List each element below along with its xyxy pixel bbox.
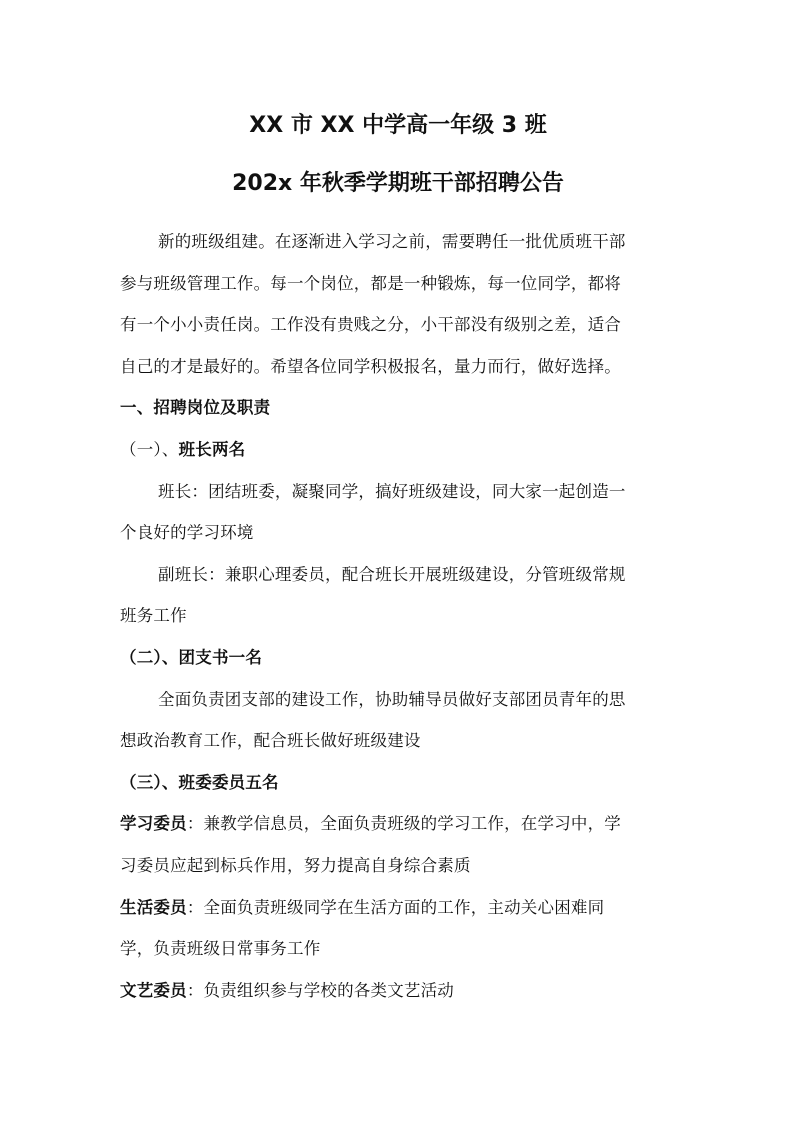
role-label: 副班长： xyxy=(158,565,225,584)
arts-committee-duty: 文艺委员：负责组织参与学校的各类文艺活动 xyxy=(120,976,676,1018)
subsection-title: 班长两名 xyxy=(179,440,246,459)
intro-paragraph-line: 自己的才是最好的。希望各位同学积极报名，量力而行，做好选择。 xyxy=(120,352,676,394)
monitor-duty: 班长：团结班委，凝聚同学，搞好班级建设，同大家一起创造一 xyxy=(120,477,676,519)
study-committee-duty: 学习委员：兼教学信息员，全面负责班级的学习工作，在学习中，学 xyxy=(120,809,676,851)
vice-monitor-duty-cont: 班务工作 xyxy=(120,601,676,643)
intro-paragraph-line: 有一个小小责任岗。工作没有贵贱之分，小干部没有级别之差，适合 xyxy=(120,310,676,352)
role-text: 团结班委，凝聚同学，搞好班级建设，同大家一起创造一 xyxy=(208,482,626,501)
study-committee-duty-cont: 习委员应起到标兵作用，努力提高自身综合素质 xyxy=(120,851,676,893)
document-title-line-1: XX 市 XX 中学高一年级 3 班 xyxy=(120,111,676,141)
document-body: 新的班级组建。在逐渐进入学习之前，需要聘任一批优质班干部 参与班级管理工作。每一… xyxy=(120,227,676,1017)
vice-monitor-duty: 副班长：兼职心理委员，配合班长开展班级建设，分管班级常规 xyxy=(120,560,676,602)
role-label: 学习委员 xyxy=(120,814,187,833)
role-text: ：全面负责班级同学在生活方面的工作，主动关心困难同 xyxy=(187,898,605,917)
life-committee-duty-cont: 学，负责班级日常事务工作 xyxy=(120,934,676,976)
role-label: 生活委员 xyxy=(120,898,187,917)
subsection-heading-monitor: （一）、班长两名 xyxy=(120,435,676,477)
role-label: 班长： xyxy=(158,482,208,501)
life-committee-duty: 生活委员：全面负责班级同学在生活方面的工作，主动关心困难同 xyxy=(120,893,676,935)
subsection-prefix: （一）、 xyxy=(120,440,179,459)
role-label: 文艺委员 xyxy=(120,981,187,1000)
role-text: ：负责组织参与学校的各类文艺活动 xyxy=(187,981,454,1000)
section-heading: 一、招聘岗位及职责 xyxy=(120,393,676,435)
role-text: ：兼教学信息员，全面负责班级的学习工作，在学习中，学 xyxy=(187,814,621,833)
league-secretary-duty: 全面负责团支部的建设工作，协助辅导员做好支部团员青年的思 xyxy=(120,685,676,727)
monitor-duty-cont: 个良好的学习环境 xyxy=(120,518,676,560)
intro-paragraph-line: 新的班级组建。在逐渐进入学习之前，需要聘任一批优质班干部 xyxy=(120,227,676,269)
subsection-heading-committee: （三）、班委委员五名 xyxy=(120,768,676,810)
subsection-heading-league-secretary: （二）、团支书一名 xyxy=(120,643,676,685)
document-title-line-2: 202x 年秋季学期班干部招聘公告 xyxy=(120,169,676,199)
league-secretary-duty-cont: 想政治教育工作，配合班长做好班级建设 xyxy=(120,726,676,768)
role-text: 兼职心理委员，配合班长开展班级建设，分管班级常规 xyxy=(225,565,626,584)
intro-paragraph-line: 参与班级管理工作。每一个岗位，都是一种锻炼，每一位同学，都将 xyxy=(120,269,676,311)
